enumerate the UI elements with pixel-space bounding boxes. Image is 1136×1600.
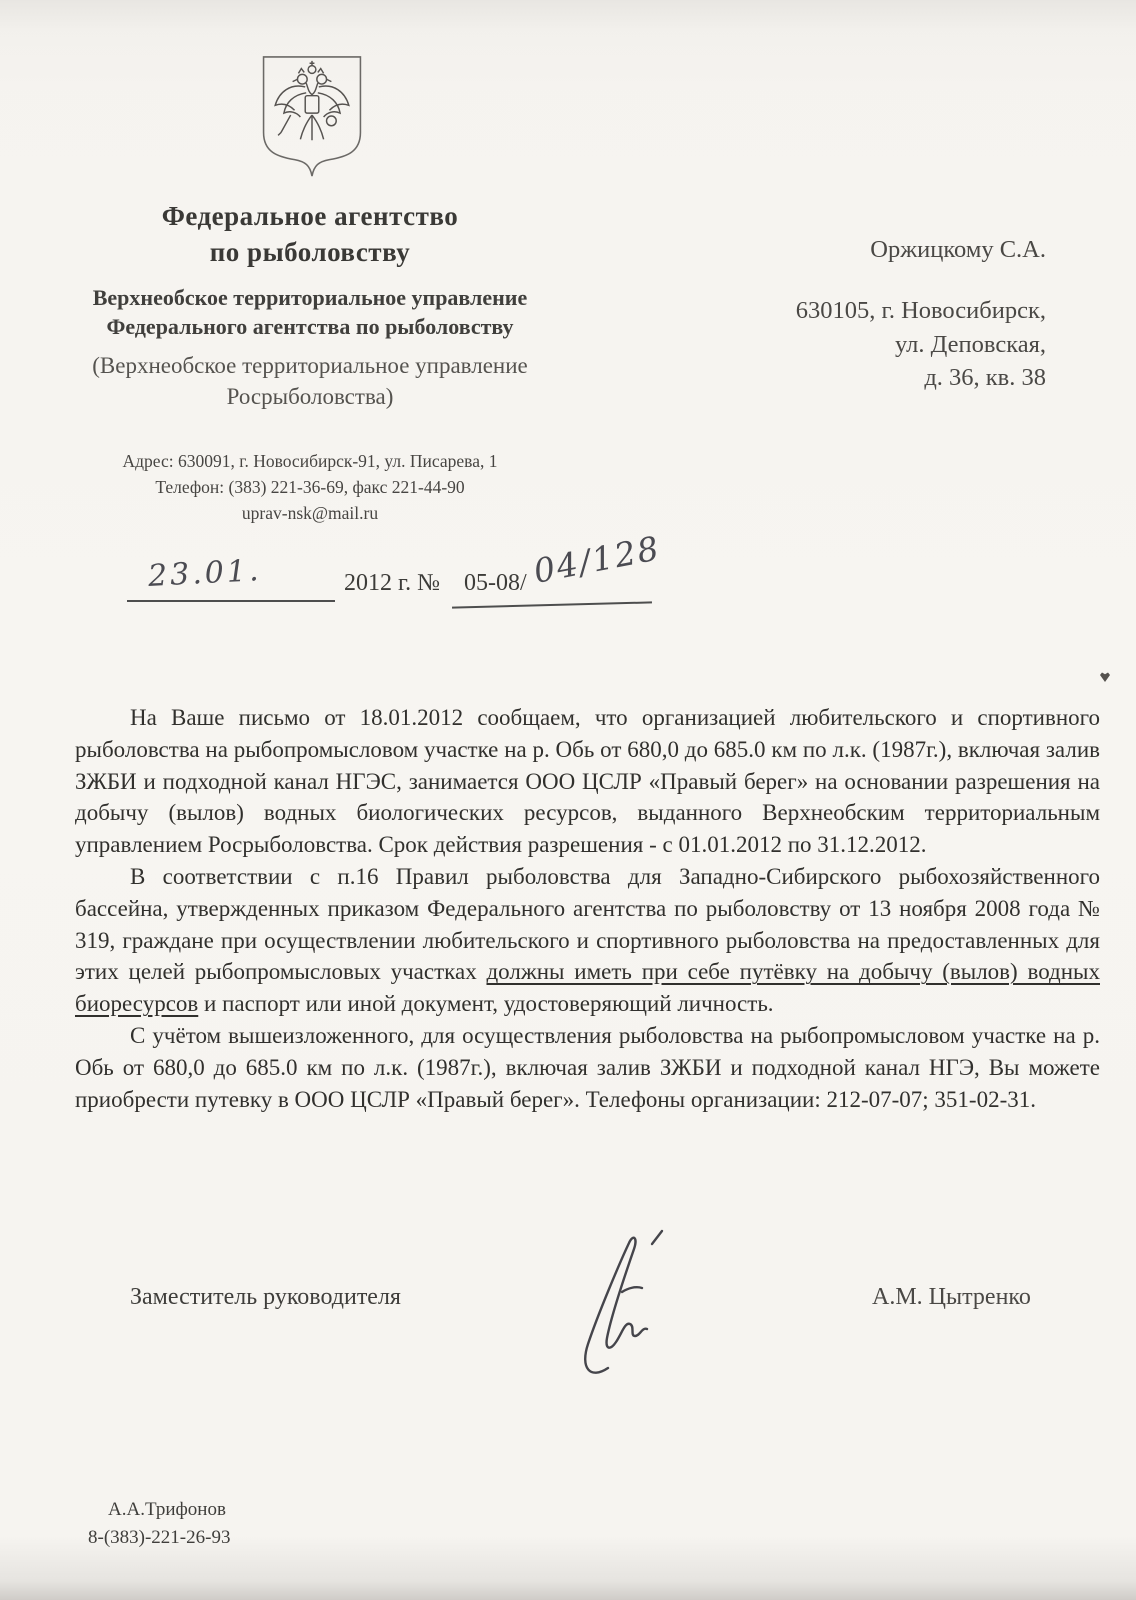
coat-of-arms-russia-icon xyxy=(261,55,363,179)
handwritten-date: 23.01. xyxy=(147,553,262,594)
sender-address: Адрес: 630091, г. Новосибирск-91, ул. Пи… xyxy=(55,448,565,474)
division-short-name-line2: Росрыболовства) xyxy=(55,381,565,412)
recipient-address-line1: 630105, г. Новосибирск, xyxy=(796,294,1046,328)
body-paragraph-1: На Ваше письмо от 18.01.2012 сообщаем, ч… xyxy=(75,702,1100,861)
executor-phone: 8-(383)-221-26-93 xyxy=(88,1524,230,1552)
agency-name-line2: по рыболовству xyxy=(55,234,565,270)
signer-position-title: Заместитель руководителя xyxy=(130,1284,401,1311)
signer-name: А.М. Цытренко xyxy=(872,1284,1031,1311)
recipient-address-line2: ул. Деповская, xyxy=(796,328,1046,362)
agency-name-line1: Федеральное агентство xyxy=(55,198,565,234)
letterhead-block: Федеральное агентство по рыболовству Вер… xyxy=(55,198,565,412)
recipient-name: Оржицкому С.А. xyxy=(796,236,1046,264)
letter-body: На Ваше письмо от 18.01.2012 сообщаем, ч… xyxy=(75,702,1100,1115)
body-paragraph-2: В соответствии с п.16 Правил рыболовства… xyxy=(75,861,1100,1020)
division-name-line2: Федерального агентства по рыболовству xyxy=(55,312,565,341)
recipient-block: Оржицкому С.А. 630105, г. Новосибирск, у… xyxy=(796,236,1046,395)
letterhead-contact-block: Адрес: 630091, г. Новосибирск-91, ул. Пи… xyxy=(55,448,565,526)
division-short-name-line1: (Верхнеобское территориальное управление xyxy=(55,350,565,381)
outgoing-number-typed: 05-08/ xyxy=(464,570,527,597)
handwritten-signature xyxy=(552,1222,687,1382)
executor-name: А.А.Трифонов xyxy=(88,1496,230,1524)
double-headed-eagle-icon xyxy=(275,61,349,140)
body-paragraph-3: С учётом вышеизложенного, для осуществле… xyxy=(75,1020,1100,1115)
paragraph-2-text-after: и паспорт или иной документ, удостоверяю… xyxy=(198,991,773,1016)
division-name-line1: Верхнеобское территориальное управление xyxy=(55,283,565,312)
outgoing-number-handwritten: 04/128 xyxy=(530,528,663,591)
date-underline xyxy=(127,600,335,602)
scanned-letter-page: Федеральное агентство по рыболовству Вер… xyxy=(0,0,1136,1600)
sender-phone-fax: Телефон: (383) 221-36-69, факс 221-44-90 xyxy=(55,474,565,500)
year-and-number-label: 2012 г. № xyxy=(344,570,440,597)
scan-speck-mark xyxy=(1100,672,1110,682)
sender-email: uprav-nsk@mail.ru xyxy=(55,500,565,526)
executor-block: А.А.Трифонов 8-(383)-221-26-93 xyxy=(88,1496,230,1552)
recipient-address-line3: д. 36, кв. 38 xyxy=(796,361,1046,395)
number-underline xyxy=(452,601,652,608)
